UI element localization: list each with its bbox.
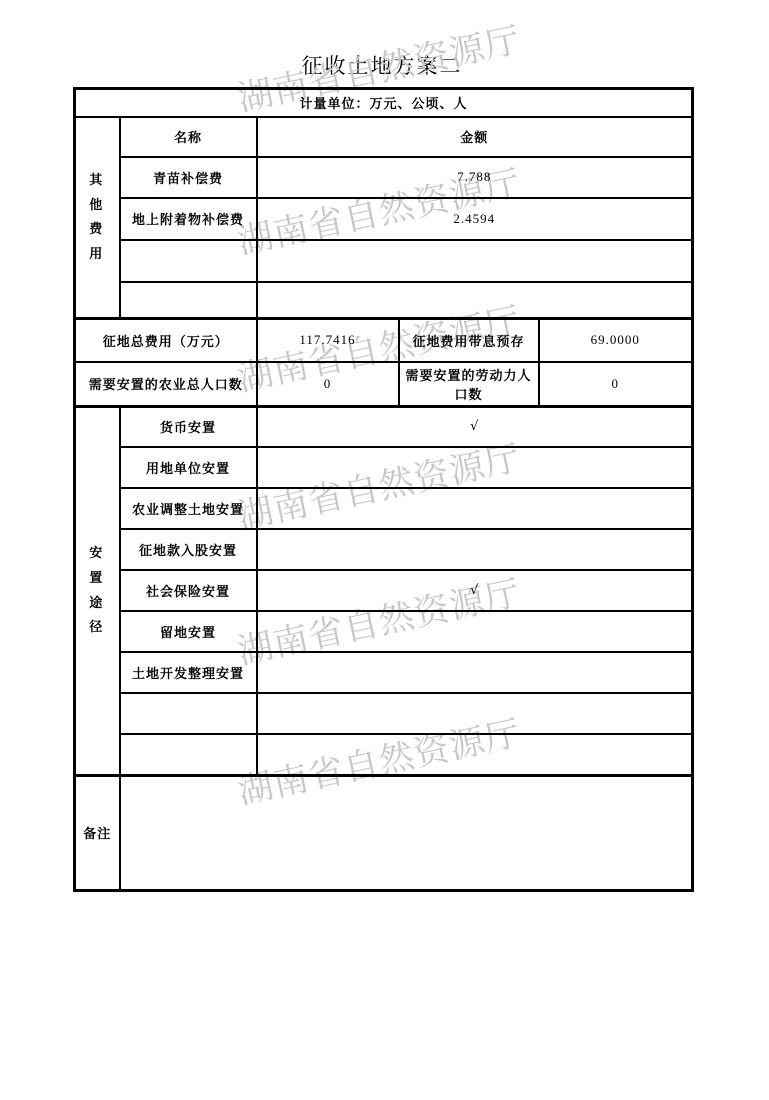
resettlement-name-land-development: 土地开发整理安置 bbox=[120, 652, 257, 693]
land-acquisition-form-table: 计量单位：万元、公顷、人 其 他 费 用 名称 金额 青苗补偿费 7.788 地… bbox=[73, 87, 694, 892]
table-row: 土地开发整理安置 bbox=[75, 652, 693, 693]
resettlement-name-empty-1 bbox=[120, 693, 257, 734]
table-row: 农业调整土地安置 bbox=[75, 488, 693, 529]
table-row: 征地总费用（万元） 117.7416 征地费用带息预存 69.0000 bbox=[75, 319, 693, 362]
resettlement-check-social-insurance: √ bbox=[257, 570, 693, 611]
fee-name-empty-2 bbox=[120, 282, 257, 319]
remarks-value bbox=[120, 775, 693, 890]
table-row: 征地款入股安置 bbox=[75, 529, 693, 570]
resettlement-name-monetary: 货币安置 bbox=[120, 406, 257, 447]
fee-name-attachments: 地上附着物补偿费 bbox=[120, 198, 257, 240]
resettlement-check-empty-2 bbox=[257, 734, 693, 775]
agri-population-value: 0 bbox=[257, 362, 399, 407]
fee-name-young-crop: 青苗补偿费 bbox=[120, 157, 257, 198]
resettlement-check-agri-adjust bbox=[257, 488, 693, 529]
page-title: 征收土地方案二 bbox=[73, 50, 691, 80]
deposit-label: 征地费用带息预存 bbox=[399, 319, 539, 362]
table-row bbox=[75, 282, 693, 319]
table-row: 备注 bbox=[75, 775, 693, 890]
table-row: 需要安置的农业总人口数 0 需要安置的劳动力人口数 0 bbox=[75, 362, 693, 407]
table-row: 用地单位安置 bbox=[75, 447, 693, 488]
measurement-unit-note: 计量单位：万元、公顷、人 bbox=[75, 89, 693, 117]
remarks-label: 备注 bbox=[75, 775, 120, 890]
resettlement-name-empty-2 bbox=[120, 734, 257, 775]
resettlement-check-empty-1 bbox=[257, 693, 693, 734]
table-row bbox=[75, 240, 693, 282]
fee-amount-empty-2 bbox=[257, 282, 693, 319]
resettlement-check-reserved-land bbox=[257, 611, 693, 652]
table-row bbox=[75, 734, 693, 775]
fee-amount-empty-1 bbox=[257, 240, 693, 282]
resettlement-name-reserved-land: 留地安置 bbox=[120, 611, 257, 652]
total-cost-label: 征地总费用（万元） bbox=[75, 319, 257, 362]
resettlement-name-land-user: 用地单位安置 bbox=[120, 447, 257, 488]
resettlement-check-land-user bbox=[257, 447, 693, 488]
section-label-other-fees: 其 他 费 用 bbox=[75, 117, 120, 319]
fee-amount-young-crop: 7.788 bbox=[257, 157, 693, 198]
other-fees-label-line2: 费 用 bbox=[89, 221, 105, 261]
scanned-form-page: { "title": "征收土地方案二", "watermark": { "te… bbox=[0, 0, 769, 1100]
column-header-name: 名称 bbox=[120, 117, 257, 157]
resettlement-label-line1: 安 置 bbox=[89, 545, 105, 585]
section-label-resettlement: 安 置 途 径 bbox=[75, 406, 120, 775]
table-row: 留地安置 bbox=[75, 611, 693, 652]
resettlement-name-social-insurance: 社会保险安置 bbox=[120, 570, 257, 611]
resettlement-check-land-development bbox=[257, 652, 693, 693]
deposit-value: 69.0000 bbox=[539, 319, 693, 362]
labor-population-label: 需要安置的劳动力人口数 bbox=[399, 362, 539, 407]
table-row bbox=[75, 693, 693, 734]
table-row: 社会保险安置 √ bbox=[75, 570, 693, 611]
resettlement-label-line2: 途 径 bbox=[89, 595, 105, 635]
resettlement-name-agri-adjust: 农业调整土地安置 bbox=[120, 488, 257, 529]
column-header-amount: 金额 bbox=[257, 117, 693, 157]
total-cost-value: 117.7416 bbox=[257, 319, 399, 362]
resettlement-name-shareholding: 征地款入股安置 bbox=[120, 529, 257, 570]
resettlement-check-shareholding bbox=[257, 529, 693, 570]
fee-amount-attachments: 2.4594 bbox=[257, 198, 693, 240]
table-row: 青苗补偿费 7.788 bbox=[75, 157, 693, 198]
table-row: 安 置 途 径 货币安置 √ bbox=[75, 406, 693, 447]
table-row: 地上附着物补偿费 2.4594 bbox=[75, 198, 693, 240]
fee-name-empty-1 bbox=[120, 240, 257, 282]
agri-population-label: 需要安置的农业总人口数 bbox=[75, 362, 257, 407]
other-fees-label-line1: 其 他 bbox=[89, 172, 105, 212]
labor-population-value: 0 bbox=[539, 362, 693, 407]
resettlement-check-monetary: √ bbox=[257, 406, 693, 447]
